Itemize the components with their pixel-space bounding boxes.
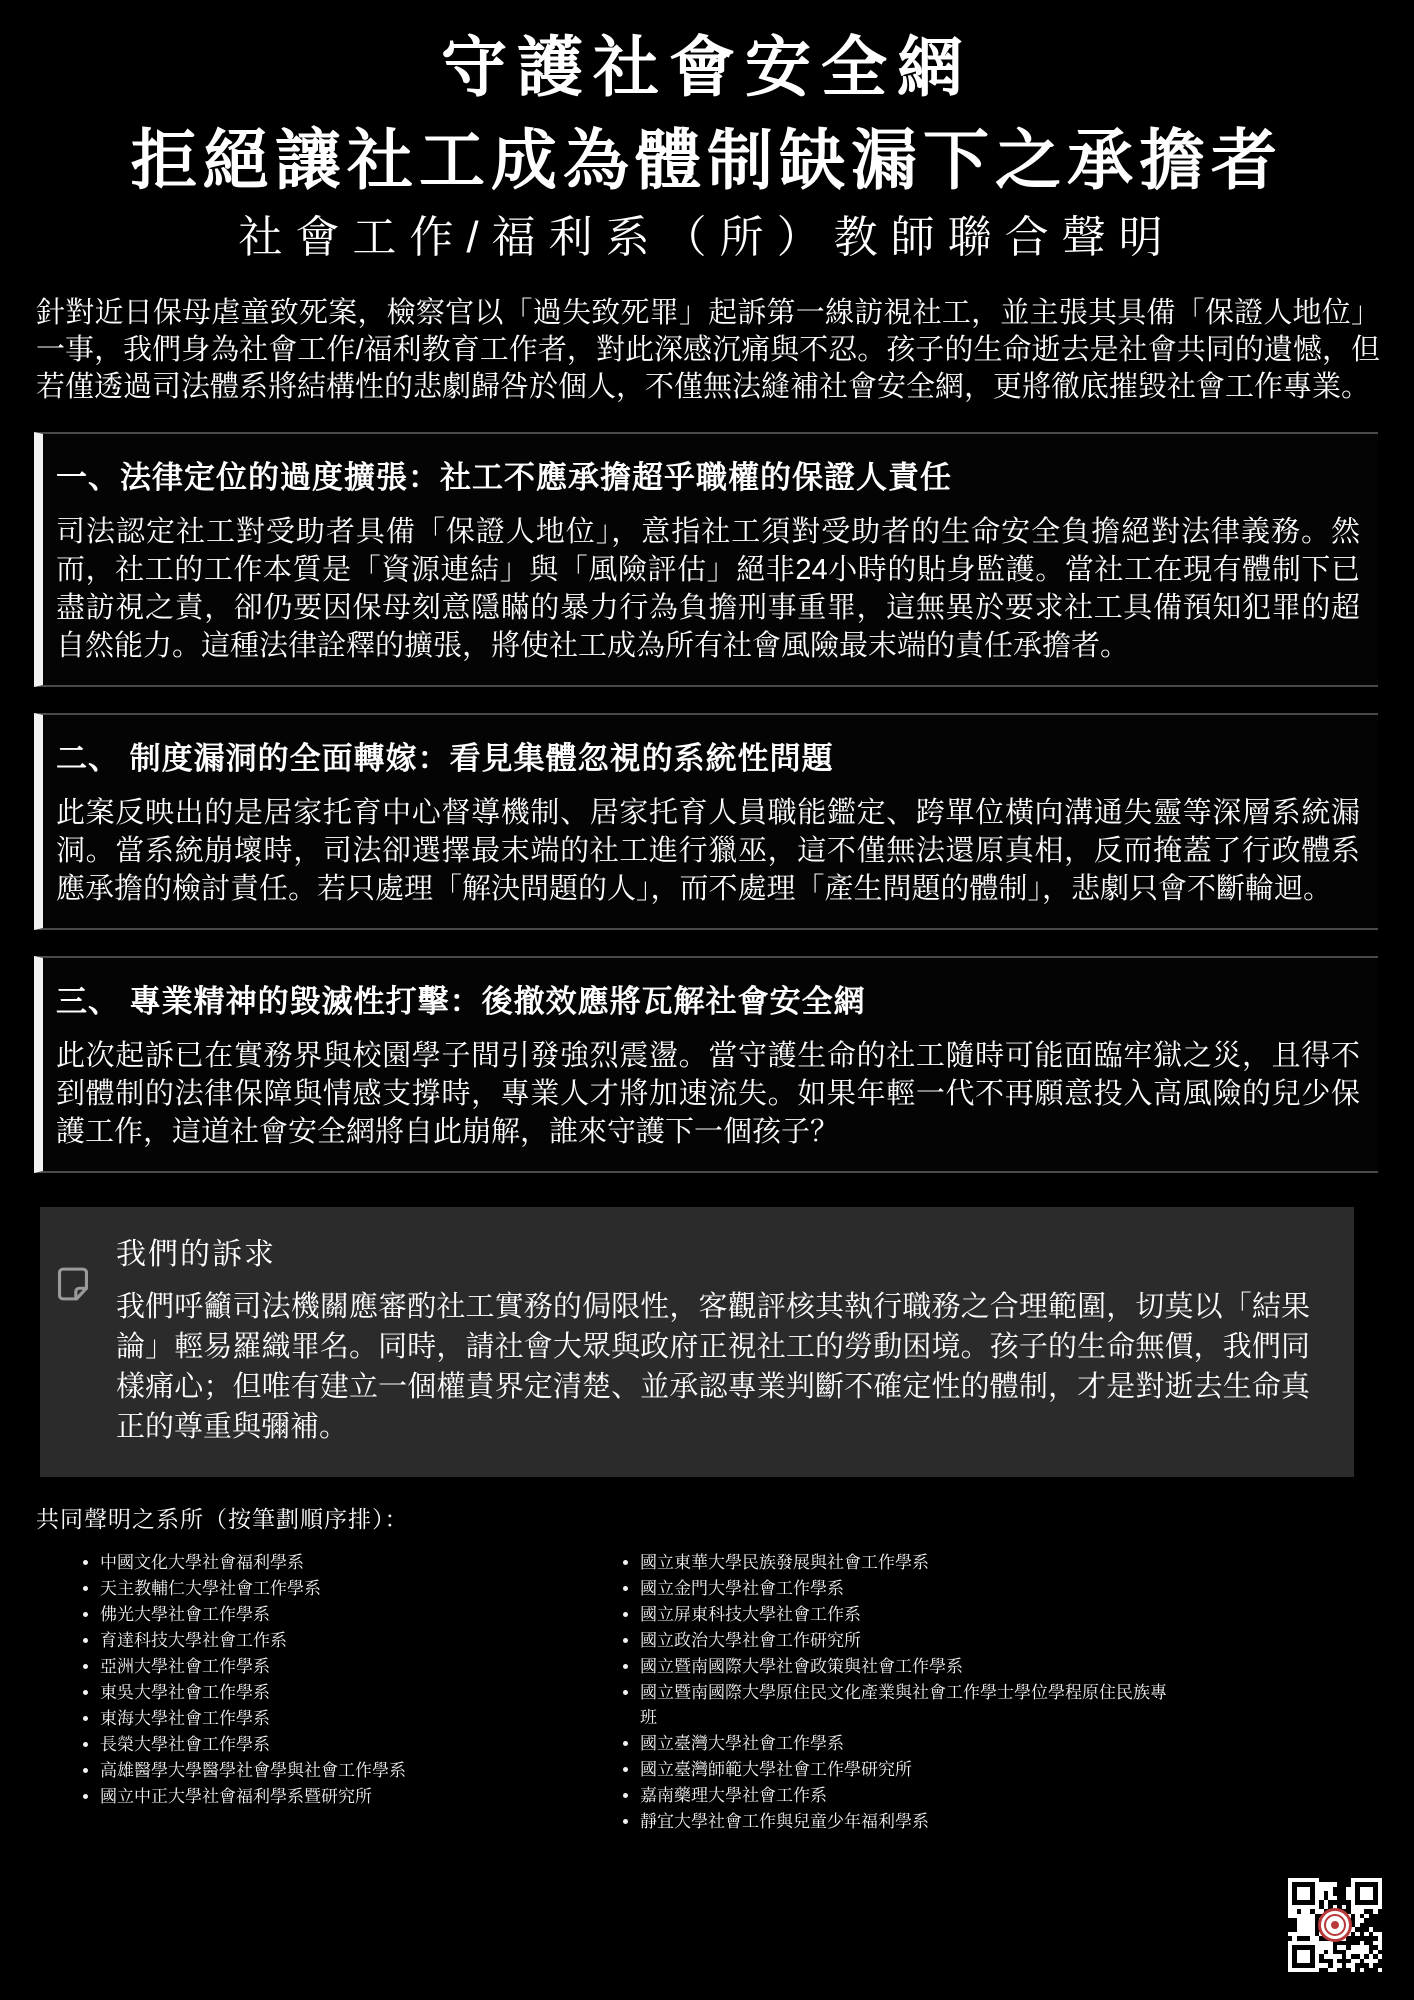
signatories-columns: 中國文化大學社會福利學系天主教輔仁大學社會工作學系佛光大學社會工作學系育達科技大… bbox=[0, 1550, 1414, 1835]
section-system-blame: 二、 制度漏洞的全面轉嫁：看見集體忽視的系統性問題 此案反映出的是居家托育中心督… bbox=[34, 713, 1378, 930]
page-subtitle: 社會工作/福利系（所）教師聯合聲明 bbox=[0, 212, 1414, 265]
signatory-item: 國立東華大學民族發展與社會工作學系 bbox=[640, 1550, 1180, 1575]
signatory-item: 育達科技大學社會工作系 bbox=[100, 1628, 530, 1653]
signatory-item: 天主教輔仁大學社會工作學系 bbox=[100, 1576, 530, 1601]
signatory-item: 東吳大學社會工作學系 bbox=[100, 1680, 530, 1705]
signatory-item: 國立暨南國際大學原住民文化產業與社會工作學士學位學程原住民族專班 bbox=[640, 1680, 1180, 1730]
section-3-heading: 三、 專業精神的毀滅性打擊：後撤效應將瓦解社會安全網 bbox=[56, 976, 1360, 1021]
appeal-heading: 我們的訴求 bbox=[116, 1229, 1310, 1273]
section-2-body: 此案反映出的是居家托育中心督導機制、居家托育人員職能鑑定、跨單位橫向溝通失靈等深… bbox=[56, 794, 1360, 908]
section-1-body: 司法認定社工對受助者具備「保證人地位」，意指社工須對受助者的生命安全負擔絕對法律… bbox=[56, 513, 1360, 665]
poster-page: 守護社會安全網 拒絕讓社工成為體制缺漏下之承擔者 社會工作/福利系（所）教師聯合… bbox=[0, 0, 1414, 2000]
signatory-item: 國立暨南國際大學社會政策與社會工作學系 bbox=[640, 1654, 1180, 1679]
section-profession-damage: 三、 專業精神的毀滅性打擊：後撤效應將瓦解社會安全網 此次起訴已在實務界與校園學… bbox=[34, 956, 1378, 1173]
signatory-item: 高雄醫學大學醫學社會學與社會工作學系 bbox=[100, 1758, 530, 1783]
signatory-item: 國立臺灣師範大學社會工作學研究所 bbox=[640, 1757, 1180, 1782]
page-title-line1: 守護社會安全網 bbox=[0, 28, 1414, 107]
signatory-item: 東海大學社會工作學系 bbox=[100, 1706, 530, 1731]
signatory-item: 嘉南藥理大學社會工作系 bbox=[640, 1783, 1180, 1808]
appeal-box: 我們的訴求 我們呼籲司法機關應審酌社工實務的侷限性，客觀評核其執行職務之合理範圍… bbox=[40, 1207, 1354, 1477]
signatory-item: 靜宜大學社會工作與兒童少年福利學系 bbox=[640, 1809, 1180, 1834]
section-2-heading: 二、 制度漏洞的全面轉嫁：看見集體忽視的系統性問題 bbox=[56, 733, 1360, 778]
qr-center-logo-icon bbox=[1318, 1908, 1352, 1942]
signatory-item: 國立金門大學社會工作學系 bbox=[640, 1576, 1180, 1601]
signatory-item: 國立政治大學社會工作研究所 bbox=[640, 1628, 1180, 1653]
signatory-item: 長榮大學社會工作學系 bbox=[100, 1732, 530, 1757]
signatory-item: 國立中正大學社會福利學系暨研究所 bbox=[100, 1784, 530, 1809]
section-1-heading: 一、法律定位的過度擴張：社工不應承擔超乎職權的保證人責任 bbox=[56, 452, 1360, 497]
signatory-item: 國立臺灣大學社會工作學系 bbox=[640, 1731, 1180, 1756]
signatory-item: 中國文化大學社會福利學系 bbox=[100, 1550, 530, 1575]
signatories-heading: 共同聲明之系所（按筆劃順序排）： bbox=[36, 1501, 1414, 1534]
signatory-item: 國立屏東科技大學社會工作系 bbox=[640, 1602, 1180, 1627]
page-title-line2: 拒絕讓社工成為體制缺漏下之承擔者 bbox=[0, 121, 1414, 200]
section-3-body: 此次起訴已在實務界與校園學子間引發強烈震盪。當守護生命的社工隨時可能面臨牢獄之災… bbox=[56, 1037, 1360, 1151]
note-icon bbox=[56, 1265, 90, 1303]
signatory-item: 佛光大學社會工作學系 bbox=[100, 1602, 530, 1627]
appeal-body: 我們呼籲司法機關應審酌社工實務的侷限性，客觀評核其執行職務之合理範圍，切莫以「結… bbox=[116, 1287, 1310, 1447]
intro-paragraph: 針對近日保母虐童致死案，檢察官以「過失致死罪」起訴第一線訪視社工，並主張其具備「… bbox=[36, 295, 1380, 406]
signatory-list-left: 中國文化大學社會福利學系天主教輔仁大學社會工作學系佛光大學社會工作學系育達科技大… bbox=[0, 1550, 530, 1835]
section-legal-expansion: 一、法律定位的過度擴張：社工不應承擔超乎職權的保證人責任 司法認定社工對受助者具… bbox=[34, 432, 1378, 687]
signatory-list-right: 國立東華大學民族發展與社會工作學系國立金門大學社會工作學系國立屏東科技大學社會工… bbox=[530, 1550, 1180, 1835]
signatory-item: 亞洲大學社會工作學系 bbox=[100, 1654, 530, 1679]
